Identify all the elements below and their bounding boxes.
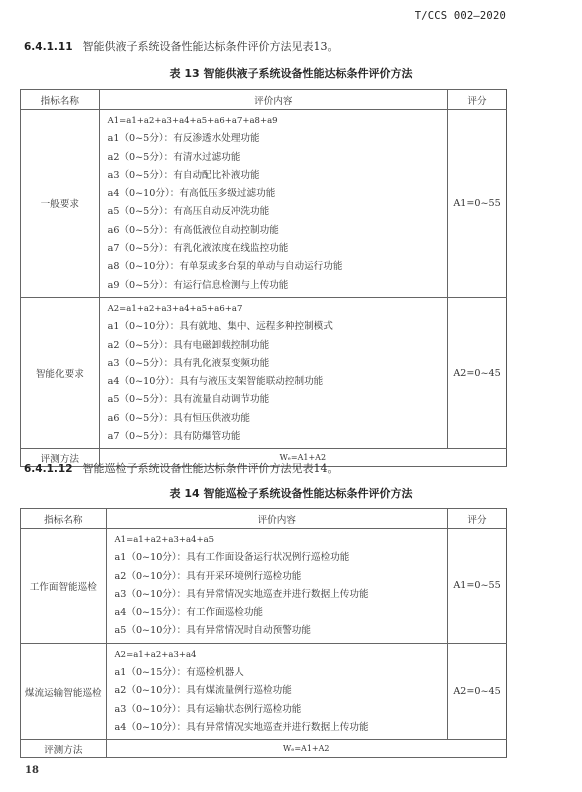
- criterion-item: a9（0~5分）：有运行信息检测与上传功能: [108, 277, 447, 295]
- criterion-item: a1（0~5分）：有反渗透水处理功能: [108, 130, 447, 148]
- column-header-content: 评价内容: [99, 90, 447, 110]
- indicator-name: 工作面智能巡检: [21, 529, 107, 644]
- table-header-row: 指标名称 评价内容 评分: [21, 90, 507, 110]
- criterion-item: a1（0~10分）：具有工作面设备运行状况例行巡检功能: [115, 549, 448, 567]
- method-formula: Wₑ=A1+A2: [106, 740, 506, 758]
- table-row: 工作面智能巡检 A1=a1+a2+a3+a4+a5 a1（0~10分）：具有工作…: [21, 529, 507, 644]
- clause-number: 6.4.1.11: [24, 41, 73, 53]
- score-range: A2=0~45: [448, 643, 507, 739]
- criterion-item: a3（0~5分）：具有乳化液泵变频功能: [108, 355, 447, 373]
- criterion-item: a6（0~5分）：有高低液位自动控制功能: [108, 222, 447, 240]
- column-header-score: 评分: [448, 509, 507, 529]
- column-header-score: 评分: [448, 90, 507, 110]
- table-header-row: 指标名称 评价内容 评分: [21, 509, 507, 529]
- evaluation-content: A2=a1+a2+a3+a4 a1（0~15分）：有巡检机器人 a2（0~10分…: [106, 643, 448, 739]
- table-13: 指标名称 评价内容 评分 一般要求 A1=a1+a2+a3+a4+a5+a6+a…: [20, 89, 507, 467]
- clause-number: 6.4.1.12: [24, 463, 73, 475]
- table-14: 指标名称 评价内容 评分 工作面智能巡检 A1=a1+a2+a3+a4+a5 a…: [20, 508, 507, 758]
- formula: A1=a1+a2+a3+a4+a5: [115, 531, 448, 549]
- column-header-indicator: 指标名称: [21, 509, 107, 529]
- criterion-item: a3（0~10分）：具有运输状态例行巡检功能: [115, 701, 448, 719]
- criterion-item: a6（0~5分）：具有恒压供液功能: [108, 410, 447, 428]
- column-header-indicator: 指标名称: [21, 90, 100, 110]
- formula: A2=a1+a2+a3+a4: [115, 646, 448, 664]
- criterion-item: a4（0~15分）：有工作面巡检功能: [115, 604, 448, 622]
- criterion-item: a7（0~5分）：具有防爆管功能: [108, 428, 447, 446]
- criterion-item: a4（0~10分）：具有异常情况实地巡查并进行数据上传功能: [115, 719, 448, 737]
- criterion-item: a1（0~15分）：有巡检机器人: [115, 664, 448, 682]
- criterion-item: a2（0~5分）：有清水过滤功能: [108, 149, 447, 167]
- clause-text: 智能巡检子系统设备性能达标条件评价方法见表14。: [83, 462, 339, 475]
- criterion-item: a3（0~10分）：具有异常情况实地巡查并进行数据上传功能: [115, 586, 448, 604]
- formula: A1=a1+a2+a3+a4+a5+a6+a7+a8+a9: [108, 112, 447, 130]
- criterion-item: a3（0~5分）：有自动配比补液功能: [108, 167, 447, 185]
- indicator-name: 煤流运输智能巡检: [21, 643, 107, 739]
- formula: A2=a1+a2+a3+a4+a5+a6+a7: [108, 300, 447, 318]
- page-number: 18: [25, 765, 39, 776]
- document-code: T/CCS 002—2020: [415, 10, 506, 22]
- criterion-item: a5（0~5分）：具有流量自动调节功能: [108, 391, 447, 409]
- table-13-title: 表 13 智能供液子系统设备性能达标条件评价方法: [0, 65, 582, 81]
- criterion-item: a4（0~10分）：有高低压多级过滤功能: [108, 185, 447, 203]
- evaluation-content: A1=a1+a2+a3+a4+a5+a6+a7+a8+a9 a1（0~5分）：有…: [99, 110, 447, 298]
- score-range: A1=0~55: [448, 529, 507, 644]
- criterion-item: a4（0~10分）：具有与液压支架智能联动控制功能: [108, 373, 447, 391]
- method-label: 评测方法: [21, 740, 107, 758]
- criterion-item: a1（0~10分）：具有就地、集中、远程多种控制模式: [108, 318, 447, 336]
- table-row: 一般要求 A1=a1+a2+a3+a4+a5+a6+a7+a8+a9 a1（0~…: [21, 110, 507, 298]
- criterion-item: a2（0~10分）：具有开采环境例行巡检功能: [115, 568, 448, 586]
- criterion-item: a5（0~5分）：有高压自动反冲洗功能: [108, 203, 447, 221]
- criterion-item: a5（0~10分）：具有异常情况时自动预警功能: [115, 622, 448, 640]
- criterion-item: a2（0~5分）：具有电磁卸载控制功能: [108, 337, 447, 355]
- table-row: 煤流运输智能巡检 A2=a1+a2+a3+a4 a1（0~15分）：有巡检机器人…: [21, 643, 507, 739]
- criterion-item: a7（0~5分）：有乳化液浓度在线监控功能: [108, 240, 447, 258]
- column-header-content: 评价内容: [106, 509, 448, 529]
- criterion-item: a8（0~10分）：有单泵或多台泵的单动与自动运行功能: [108, 258, 447, 276]
- clause-6-4-1-12: 6.4.1.12智能巡检子系统设备性能达标条件评价方法见表14。: [24, 460, 339, 476]
- indicator-name: 一般要求: [21, 110, 100, 298]
- indicator-name: 智能化要求: [21, 297, 100, 448]
- clause-6-4-1-11: 6.4.1.11智能供液子系统设备性能达标条件评价方法见表13。: [24, 38, 339, 54]
- score-range: A1=0~55: [448, 110, 507, 298]
- table-14-title: 表 14 智能巡检子系统设备性能达标条件评价方法: [0, 485, 582, 501]
- criterion-item: a2（0~10分）：具有煤流量例行巡检功能: [115, 682, 448, 700]
- clause-text: 智能供液子系统设备性能达标条件评价方法见表13。: [83, 40, 339, 53]
- score-range: A2=0~45: [448, 297, 507, 448]
- table-row: 智能化要求 A2=a1+a2+a3+a4+a5+a6+a7 a1（0~10分）：…: [21, 297, 507, 448]
- method-row: 评测方法 Wₑ=A1+A2: [21, 740, 507, 758]
- evaluation-content: A1=a1+a2+a3+a4+a5 a1（0~10分）：具有工作面设备运行状况例…: [106, 529, 448, 644]
- evaluation-content: A2=a1+a2+a3+a4+a5+a6+a7 a1（0~10分）：具有就地、集…: [99, 297, 447, 448]
